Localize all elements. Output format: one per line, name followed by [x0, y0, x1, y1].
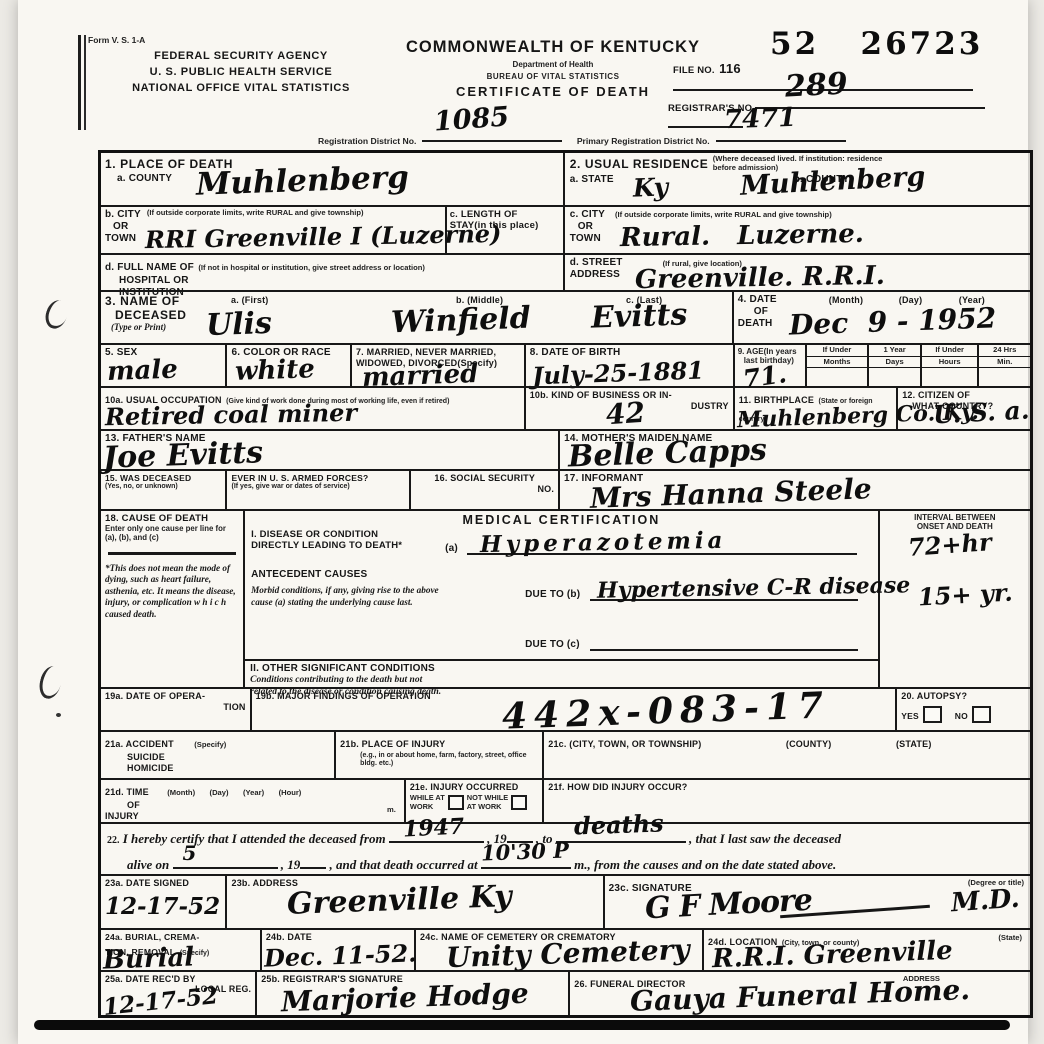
- injury-time-label2: OF: [127, 800, 400, 811]
- autopsy-no-checkbox: [972, 706, 991, 723]
- line-b-label: DUE TO (b): [525, 589, 580, 601]
- section-name-of-deceased: 3. NAME OF DECEASED (Type or Print) a. (…: [101, 292, 732, 343]
- section-armed-forces-a: 15. WAS DECEASED (Yes, no, or unknown): [101, 471, 225, 509]
- while-at-label2: WORK: [410, 803, 445, 812]
- cause-title: 18. CAUSE OF DEATH: [105, 513, 239, 524]
- certify-alive-label: alive on: [127, 857, 169, 872]
- findings-value: 442x-083-17: [501, 687, 830, 734]
- operation-label2: TION: [105, 702, 246, 713]
- signature-degree: M.D.: [951, 886, 1021, 917]
- section-race: 6. COLOR OR RACE white: [225, 345, 349, 386]
- section-date-operation: 19a. DATE OF OPERA- TION: [101, 689, 250, 730]
- dod-month-label: (Month): [829, 295, 863, 306]
- address-23b-value: Greenville Ky: [287, 882, 513, 920]
- place-county-row: 1. PLACE OF DEATH a. COUNTY Muhlenberg: [101, 153, 563, 205]
- ssn-label1: 16. SOCIAL SECURITY: [415, 473, 554, 484]
- signature-value: G F Moore: [644, 886, 812, 925]
- forces-label2: EVER IN U. S. ARMED FORCES?: [231, 473, 405, 483]
- first-name-label: a. (First): [231, 295, 269, 306]
- age-col-days: 1 Year Days: [869, 345, 922, 386]
- certify-part1: I hereby certify that I attended the dec…: [123, 831, 386, 846]
- forces-note2: (If yes, give war or dates of service): [231, 483, 405, 491]
- age-h-under24: If Under: [922, 345, 978, 357]
- age-h-days: Days: [869, 357, 920, 369]
- certify-part4: m., from the causes and on the date stat…: [574, 857, 836, 872]
- accident-label2: SUICIDE: [127, 752, 330, 763]
- street-label1: d. STREET: [570, 257, 623, 269]
- father-value: Joe Evitts: [103, 438, 264, 474]
- primary-district-value: 7471: [723, 105, 796, 134]
- cause-divider: [108, 552, 236, 555]
- injury-month-label: (Month): [167, 788, 195, 797]
- age-h-under1: If Under: [807, 345, 868, 357]
- certify-to-line: deaths: [556, 827, 686, 843]
- burial-date-value: Dec. 11-52.: [263, 941, 416, 970]
- place-city-row: b. CITY OR TOWN (If outside corporate li…: [101, 205, 563, 253]
- binding-line-inner: [84, 35, 86, 130]
- section-place-of-death: 1. PLACE OF DEATH a. COUNTY Muhlenberg b…: [101, 153, 563, 290]
- place-or-label: OR: [113, 221, 141, 233]
- certificate-table: 1. PLACE OF DEATH a. COUNTY Muhlenberg b…: [98, 150, 1033, 1018]
- section-cemetery: 24c. NAME OF CEMETERY OR CREMATORY Unity…: [414, 930, 702, 970]
- section-address-23b: 23b. ADDRESS Greenville Ky: [225, 876, 602, 928]
- row-medical-certification: 18. CAUSE OF DEATH Enter only one cause …: [101, 509, 1030, 687]
- residence-town-label: TOWN: [570, 233, 605, 245]
- section-informant: 17. INFORMANT Mrs Hanna Steele: [558, 471, 1030, 509]
- age-label1: 9. AGE(In years: [738, 347, 802, 356]
- residence-state-label: a. STATE: [570, 174, 614, 186]
- age-h-min: Min.: [979, 357, 1030, 369]
- age-subtable: If Under Months 1 Year Days If Under Hou…: [805, 345, 1030, 386]
- certify-19b: , 19: [281, 857, 301, 872]
- binding-line-outer: [78, 35, 81, 130]
- section-funeral-director: 26. FUNERAL DIRECTOR ADDRESS Gauya Funer…: [568, 972, 1030, 1015]
- interval-label1: INTERVAL BETWEEN: [884, 513, 1026, 522]
- residence-state-value: Ky: [632, 174, 668, 200]
- row-sex-age: 5. SEX male 6. COLOR OR RACE white 7. MA…: [101, 343, 1030, 386]
- accident-label1: 21a. ACCIDENT: [105, 739, 174, 749]
- first-name-value: Ulis: [205, 309, 272, 341]
- section-birthplace: 11. BIRTHPLACE (State or foreign country…: [733, 388, 897, 429]
- injury-m-label: m.: [387, 806, 396, 815]
- informant-value: Mrs Hanna Steele: [590, 475, 873, 513]
- row-forces-informant: 15. WAS DECEASED (Yes, no, or unknown) E…: [101, 469, 1030, 509]
- autopsy-yes-checkbox: [923, 706, 942, 723]
- file-no-label: FILE NO.: [673, 65, 715, 76]
- certify-number: 22.: [107, 835, 120, 846]
- primary-district-label: Primary Registration District No.: [577, 136, 710, 146]
- certify-19b-line: [300, 855, 326, 869]
- operation-label1: 19a. DATE OF OPERA-: [105, 691, 246, 702]
- interval-b-value: 15+ yr.: [917, 581, 1013, 610]
- residence-county-value: Muhlenberg: [739, 163, 926, 200]
- occupation-value: Retired coal miner: [105, 401, 357, 429]
- certify-to-value: deaths: [573, 811, 663, 838]
- dod-value: Dec 9 - 1952: [788, 304, 996, 339]
- reg-district-label: Registration District No.: [318, 136, 416, 146]
- date-signed-value: 12-17-52: [105, 895, 221, 918]
- injury-year-label: (Year): [243, 788, 264, 797]
- marital-label1: 7. MARRIED, NEVER MARRIED,: [356, 347, 520, 358]
- not-while-label2: AT WORK: [467, 803, 508, 812]
- cause-note1: Enter only one cause per line for (a), (…: [105, 525, 239, 543]
- age-col-months: If Under Months: [807, 345, 870, 386]
- certificate-sheet: Form V. S. 1-A FEDERAL SECURITY AGENCY U…: [18, 0, 1028, 1044]
- section-sex: 5. SEX male: [101, 345, 225, 386]
- margin-dot: [56, 713, 61, 717]
- line-a-value: Hyperazotemia: [480, 529, 727, 556]
- row-operation: 19a. DATE OF OPERA- TION 19b. MAJOR FIND…: [101, 687, 1030, 730]
- bottom-scan-bar: [34, 1020, 1010, 1030]
- residence-state-row: 2. USUAL RESIDENCE (Where deceased lived…: [565, 153, 1030, 205]
- registrars-no-value: 289: [784, 69, 848, 102]
- line-a-label: (a): [445, 543, 458, 555]
- section-accident: 21a. ACCIDENT (Specify) SUICIDE HOMICIDE: [101, 732, 334, 778]
- middle-name-value: Winfield: [391, 304, 532, 339]
- section-marital: 7. MARRIED, NEVER MARRIED, WIDOWED, DIVO…: [350, 345, 524, 386]
- line-b-value: Hypertensive C-R disease: [597, 574, 911, 601]
- age-h-months: Months: [807, 357, 868, 369]
- place-town-label: TOWN: [105, 233, 141, 245]
- forces-note1: (Yes, no, or unknown): [105, 483, 221, 491]
- section-industry: 10b. KIND OF BUSINESS OR IN- DUSTRY 42: [524, 388, 733, 429]
- hospital-note: (If not in hospital or institution, give…: [198, 263, 425, 272]
- burial-location-state: (State): [998, 934, 1022, 943]
- birthplace-label: 11. BIRTHPLACE: [739, 395, 814, 405]
- certify-from-line: 1947: [389, 827, 484, 843]
- disease-label1: I. DISEASE OR CONDITION: [251, 529, 378, 540]
- section-ssn: 16. SOCIAL SECURITY NO.: [409, 471, 558, 509]
- residence-city-value: Rural. Luzerne.: [619, 221, 863, 251]
- cemetery-value: Unity Cemetery: [446, 936, 691, 972]
- injury-state-label: (STATE): [896, 739, 932, 749]
- injury-county-label: (COUNTY): [786, 739, 832, 749]
- place-city-value: RRI Greenville I (Luzerne): [145, 222, 502, 252]
- not-while-at-work-checkbox: [511, 795, 527, 810]
- row-place-residence: 1. PLACE OF DEATH a. COUNTY Muhlenberg b…: [101, 153, 1030, 290]
- autopsy-label: 20. AUTOPSY?: [901, 691, 1026, 702]
- section-burial-location: 24d. LOCATION (City, town, or county) (S…: [702, 930, 1030, 970]
- section-interval: INTERVAL BETWEEN ONSET AND DEATH 72+hr 1…: [878, 511, 1030, 687]
- street-label2: ADDRESS: [570, 269, 623, 281]
- injury-place-label: 21b. PLACE OF INJURY: [340, 739, 445, 749]
- age-col-min: 24 Hrs Min.: [979, 345, 1030, 386]
- agency-block: FEDERAL SECURITY AGENCY U. S. PUBLIC HEA…: [96, 50, 386, 95]
- injury-day-label: (Day): [210, 788, 229, 797]
- reg-district-value: 1085: [434, 103, 511, 135]
- citizen-value: U. S. a.: [933, 397, 1031, 427]
- section-usual-residence: 2. USUAL RESIDENCE (Where deceased lived…: [563, 153, 1030, 290]
- medcert-upper: MEDICAL CERTIFICATION I. DISEASE OR COND…: [245, 511, 878, 659]
- usual-residence-title: 2. USUAL RESIDENCE: [570, 157, 709, 171]
- agency-line3: NATIONAL OFFICE VITAL STATISTICS: [96, 82, 386, 95]
- row-registrar: 25a. DATE REC'D BY LOCAL REG. 12-17-52 2…: [101, 970, 1030, 1015]
- form-number-text: Form V. S. 1-A: [88, 36, 145, 46]
- place-city-label: b. CITY: [105, 209, 141, 221]
- section-autopsy: 20. AUTOPSY? YES NO: [895, 689, 1030, 730]
- residence-city-row: c. CITY OR TOWN (If outside corporate li…: [565, 205, 1030, 253]
- residence-or-label: OR: [578, 221, 605, 233]
- section-father: 13. FATHER'S NAME Joe Evitts: [101, 431, 558, 469]
- agency-line2: U. S. PUBLIC HEALTH SERVICE: [96, 66, 386, 79]
- section-date-received: 25a. DATE REC'D BY LOCAL REG. 12-17-52: [101, 972, 255, 1015]
- reg-district-line: 1085: [422, 128, 562, 142]
- certify-time-value: 10'30 P: [480, 839, 569, 863]
- place-city-cell: b. CITY OR TOWN (If outside corporate li…: [101, 207, 445, 253]
- row-injury-1: 21a. ACCIDENT (Specify) SUICIDE HOMICIDE…: [101, 730, 1030, 778]
- section-registrar-signature: 25b. REGISTRAR'S SIGNATURE Marjorie Hodg…: [255, 972, 568, 1015]
- autopsy-yes-label: YES: [901, 711, 919, 721]
- how-injury-label: 21f. HOW DID INJURY OCCUR?: [548, 782, 1026, 793]
- race-value: white: [235, 355, 346, 385]
- residence-street-row: d. STREET ADDRESS (If rural, give locati…: [565, 253, 1030, 290]
- mother-value: Belle Capps: [568, 436, 768, 473]
- section-armed-forces-b: EVER IN U. S. ARMED FORCES? (If yes, giv…: [225, 471, 409, 509]
- section-cause-of-death: 18. CAUSE OF DEATH Enter only one cause …: [101, 511, 243, 687]
- place-county-value: Muhlenberg: [196, 162, 410, 200]
- hospital-label2: HOSPITAL OR: [119, 275, 559, 287]
- last-name-value: Evitts: [591, 300, 688, 333]
- age-h-hours: Hours: [922, 357, 978, 369]
- antecedent-label: ANTECEDENT CAUSES: [251, 569, 367, 581]
- section-date-signed: 23a. DATE SIGNED 12-17-52: [101, 876, 225, 928]
- row-signed: 23a. DATE SIGNED 12-17-52 23b. ADDRESS G…: [101, 874, 1030, 928]
- primary-district-line: 7471: [716, 128, 846, 142]
- accident-note: (Specify): [194, 740, 226, 749]
- section-date-of-death: 4. DATE OF DEATH (Month) (Day) (Year) De…: [732, 292, 1030, 343]
- place-hospital-row: d. FULL NAME OF (If not in hospital or i…: [101, 253, 563, 290]
- age-value: 71.: [741, 361, 788, 392]
- row-injury-2: 21d. TIME (Month) (Day) (Year) (Hour) OF…: [101, 778, 1030, 822]
- certify-alive-value: 5: [183, 843, 197, 863]
- section-place-of-injury: 21b. PLACE OF INJURY (e.g., in or about …: [334, 732, 542, 778]
- agency-line1: FEDERAL SECURITY AGENCY: [96, 50, 386, 63]
- other-conditions-note1: Conditions contributing to the death but…: [250, 675, 873, 687]
- age-col-hours: If Under Hours: [922, 345, 980, 386]
- disease-label2: DIRECTLY LEADING TO DEATH*: [251, 540, 402, 551]
- registration-district-row: Registration District No.1085 Primary Re…: [318, 128, 846, 147]
- section-burial-type: 24a. BURIAL, CREMA- TION, REMOVAL (Speci…: [101, 930, 260, 970]
- sex-value: male: [107, 355, 222, 385]
- certify-from-value: 1947: [402, 815, 464, 840]
- certify-alive-line: 5: [173, 853, 278, 869]
- margin-mark-top: [42, 297, 71, 331]
- dob-value: July-25-1881: [531, 357, 729, 388]
- injury-place-note: (e.g., in or about home, farm, factory, …: [360, 752, 538, 768]
- certify-part3: , and that death occurred at: [330, 857, 478, 872]
- morbid-note: Morbid conditions, if any, giving rise t…: [251, 585, 451, 608]
- interval-a-value: 72+hr: [907, 530, 992, 560]
- section-major-findings: 19b. MAJOR FINDINGS OF OPERATION 442x-08…: [250, 689, 896, 730]
- injury-hour-label: (Hour): [279, 788, 302, 797]
- section-mother: 14. MOTHER'S MAIDEN NAME Belle Capps: [558, 431, 1030, 469]
- row-burial: 24a. BURIAL, CREMA- TION, REMOVAL (Speci…: [101, 928, 1030, 970]
- medcert-title: MEDICAL CERTIFICATION: [250, 513, 873, 528]
- date-signed-label: 23a. DATE SIGNED: [105, 878, 221, 889]
- section-injury-location: 21c. (CITY, TOWN, OR TOWNSHIP) (COUNTY) …: [542, 732, 1030, 778]
- section-signature: 23c. SIGNATURE (Degree or title) G F Moo…: [603, 876, 1030, 928]
- burial-label1: 24a. BURIAL, CREMA-: [105, 932, 256, 942]
- age-h-1year: 1 Year: [869, 345, 920, 357]
- row-occupation: 10a. USUAL OCCUPATION (Give kind of work…: [101, 386, 1030, 429]
- injury-occurred-label: 21e. INJURY OCCURRED: [410, 782, 538, 792]
- section-dob: 8. DATE OF BIRTH July-25-1881: [524, 345, 733, 386]
- file-no-value: 116: [719, 61, 741, 76]
- row-parents: 13. FATHER'S NAME Joe Evitts 14. MOTHER'…: [101, 429, 1030, 469]
- other-conditions-title: II. OTHER SIGNIFICANT CONDITIONS: [250, 663, 873, 675]
- file-stamp-number: 52 26723: [770, 26, 983, 62]
- form-number: Form V. S. 1-A: [88, 36, 145, 46]
- registrar-signature-value: Marjorie Hodge: [281, 980, 530, 1017]
- section-medcert: MEDICAL CERTIFICATION I. DISEASE OR COND…: [243, 511, 878, 687]
- section-time-of-injury: 21d. TIME (Month) (Day) (Year) (Hour) OF…: [101, 780, 404, 822]
- residence-city-label: c. CITY: [570, 209, 605, 221]
- injury-time-label3: INJURY: [105, 811, 400, 822]
- file-no-row: FILE NO. 116: [673, 60, 1028, 96]
- certify-time-line: 10'30 P: [481, 853, 571, 869]
- date-received-label1: 25a. DATE REC'D BY: [105, 974, 251, 984]
- accident-label3: HOMICIDE: [127, 763, 330, 774]
- injury-city-label: 21c. (CITY, TOWN, OR TOWNSHIP): [548, 739, 701, 749]
- ssn-label2: NO.: [415, 484, 554, 495]
- burial-value: Burial: [103, 944, 195, 973]
- injury-time-label1: 21d. TIME: [105, 787, 149, 797]
- margin-mark-bottom: [36, 664, 64, 701]
- section-burial-date: 24b. DATE Dec. 11-52.: [260, 930, 414, 970]
- industry-value: 42: [605, 399, 646, 430]
- age-h-24hrs: 24 Hrs: [979, 345, 1030, 357]
- marital-value: married: [362, 361, 479, 391]
- line-c-rule: [590, 637, 858, 651]
- while-at-work-checkbox: [448, 795, 464, 810]
- section-occupation: 10a. USUAL OCCUPATION (Give kind of work…: [101, 388, 524, 429]
- section-age: 9. AGE(In years last birthday) 71. If Un…: [733, 345, 1030, 386]
- age-label-cell: 9. AGE(In years last birthday) 71.: [735, 345, 805, 386]
- cause-note2: *This does not mean the mode of dying, s…: [105, 563, 239, 621]
- line-c-label: DUE TO (c): [525, 639, 580, 651]
- certify-part2: , that I last saw the deceased: [689, 831, 841, 846]
- row-certify-statement: 22. I hereby certify that I attended the…: [101, 822, 1030, 874]
- certify-line2: alive on 5 , 19 , and that death occurre…: [127, 853, 1024, 873]
- street-value: Greenville. R.R.I.: [634, 263, 884, 293]
- row-name-dod: 3. NAME OF DECEASED (Type or Print) a. (…: [101, 290, 1030, 343]
- burial-location-value: R.R.I. Greenville: [712, 938, 954, 972]
- autopsy-no-label: NO: [955, 711, 968, 721]
- hospital-label1: d. FULL NAME OF: [105, 262, 194, 273]
- commonwealth-title: COMMONWEALTH OF KENTUCKY: [373, 38, 733, 57]
